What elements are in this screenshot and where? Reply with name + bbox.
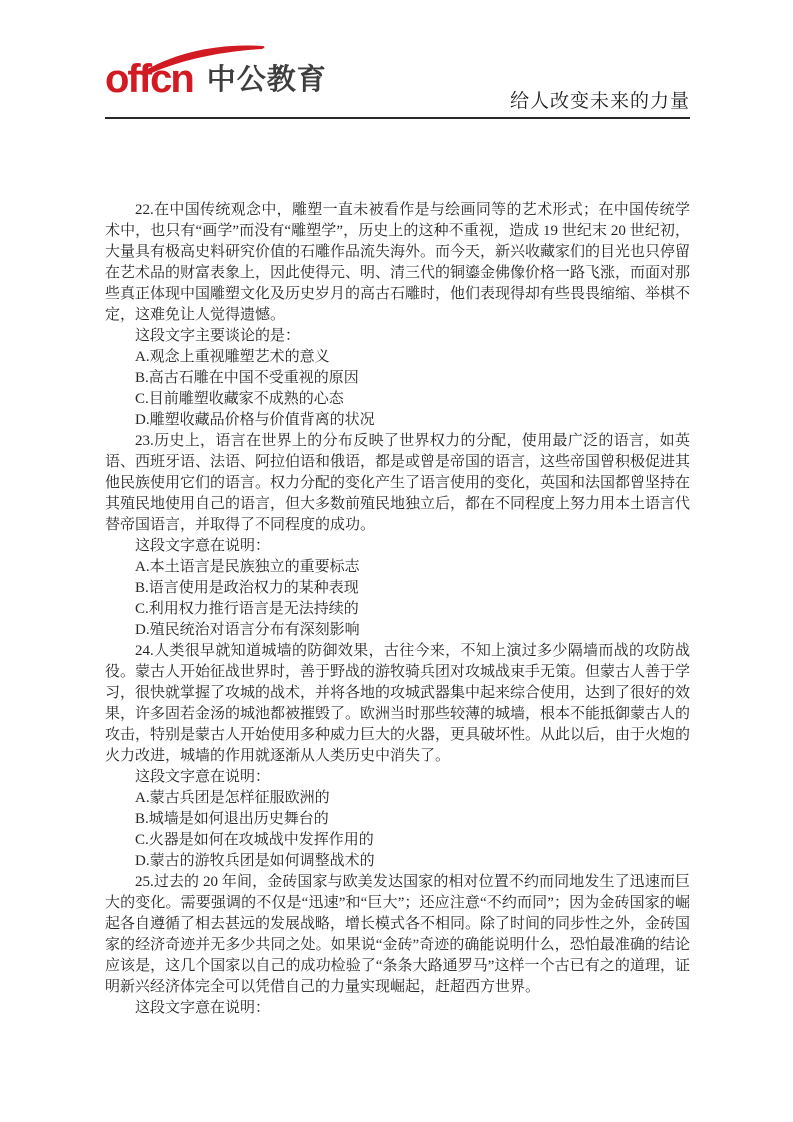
logo-text: offcn bbox=[105, 57, 193, 101]
question-prompt: 这段文字意在说明： bbox=[105, 998, 690, 1019]
option-a: A.本土语言是民族独立的重要标志 bbox=[105, 557, 690, 578]
option-d: D.雕塑收藏品价格与价值背离的状况 bbox=[105, 410, 690, 431]
question-23: 23.历史上，语言在世界上的分布反映了世界权力的分配，使用最广泛的语言，如英语、… bbox=[105, 431, 690, 641]
question-24: 24.人类很早就知道城墙的防御效果，古往今来，不知上演过多少隔墙而战的攻防战役。… bbox=[105, 641, 690, 872]
option-c: C.利用权力推行语言是无法持续的 bbox=[105, 599, 690, 620]
offcn-logo: offcn中公教育 bbox=[105, 57, 327, 102]
option-b: B.城墙是如何退出历史舞台的 bbox=[105, 809, 690, 830]
question-prompt: 这段文字主要谈论的是： bbox=[105, 326, 690, 347]
option-a: A.蒙古兵团是怎样征服欧洲的 bbox=[105, 788, 690, 809]
question-text: 22.在中国传统观念中，雕塑一直未被看作是与绘画同等的艺术形式；在中国传统学术中… bbox=[105, 200, 690, 326]
option-a: A.观念上重视雕塑艺术的意义 bbox=[105, 347, 690, 368]
question-prompt: 这段文字意在说明： bbox=[105, 536, 690, 557]
question-22: 22.在中国传统观念中，雕塑一直未被看作是与绘画同等的艺术形式；在中国传统学术中… bbox=[105, 200, 690, 431]
option-d: D.蒙古的游牧兵团是如何调整战术的 bbox=[105, 851, 690, 872]
option-b: B.语言使用是政治权力的某种表现 bbox=[105, 578, 690, 599]
document-body: 22.在中国传统观念中，雕塑一直未被看作是与绘画同等的艺术形式；在中国传统学术中… bbox=[105, 200, 690, 1019]
header-tagline: 给人改变未来的力量 bbox=[510, 86, 690, 113]
option-b: B.高古石雕在中国不受重视的原因 bbox=[105, 368, 690, 389]
question-prompt: 这段文字意在说明： bbox=[105, 767, 690, 788]
question-text: 23.历史上，语言在世界上的分布反映了世界权力的分配，使用最广泛的语言，如英语、… bbox=[105, 431, 690, 536]
option-d: D.殖民统治对语言分布有深刻影响 bbox=[105, 620, 690, 641]
document-page: offcn中公教育 给人改变未来的力量 22.在中国传统观念中，雕塑一直未被看作… bbox=[0, 0, 793, 1122]
question-25: 25.过去的 20 年间，金砖国家与欧美发达国家的相对位置不约而同地发生了迅速而… bbox=[105, 872, 690, 1019]
page-header: offcn中公教育 给人改变未来的力量 bbox=[105, 55, 690, 119]
question-text: 25.过去的 20 年间，金砖国家与欧美发达国家的相对位置不约而同地发生了迅速而… bbox=[105, 872, 690, 998]
option-c: C.火器是如何在攻城战中发挥作用的 bbox=[105, 830, 690, 851]
option-c: C.目前雕塑收藏家不成熟的心态 bbox=[105, 389, 690, 410]
brand-name: 中公教育 bbox=[207, 64, 327, 96]
question-text: 24.人类很早就知道城墙的防御效果，古往今来，不知上演过多少隔墙而战的攻防战役。… bbox=[105, 641, 690, 767]
